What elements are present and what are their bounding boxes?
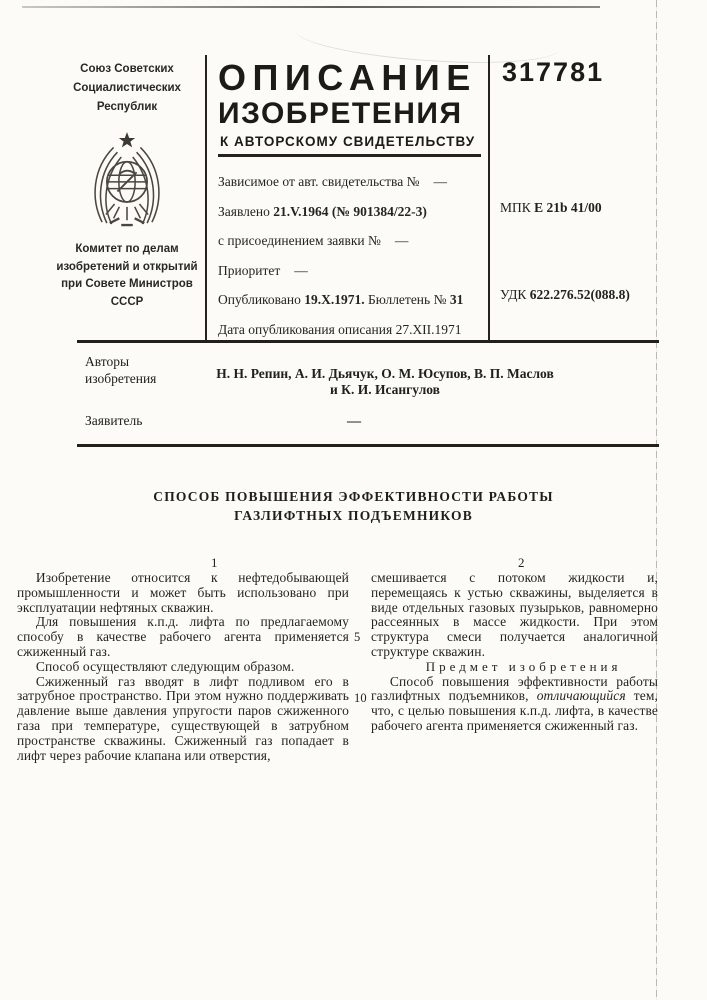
field-value: 21.V.1964 (№ 901384/22-3) [273, 204, 427, 219]
column-number-2: 2 [518, 555, 525, 571]
field-label: Зависимое от авт. свидетельства № [218, 174, 419, 189]
field-row-attachment: с присоединением заявки №— [218, 233, 488, 248]
paragraph: Изобретение относится к нефтедобывающей … [17, 571, 349, 615]
paragraph: Для повышения к.п.д. лифта по предлагаем… [17, 615, 349, 659]
applicant-value: — [347, 414, 361, 430]
authors-names-line2: и К. И. Исангулов [170, 382, 600, 398]
masthead-title-line1: ОПИСАНИЕ [218, 59, 488, 97]
masthead-title-line2: ИЗОБРЕТЕНИЯ [218, 97, 488, 131]
paragraph: Способ осуществляют следующим образом. [17, 660, 349, 675]
committee-name: Комитет по делам изобретений и открытий … [48, 241, 206, 311]
ussr-coat-of-arms-icon [81, 130, 173, 230]
invention-title-line2: ГАЗЛИФТНЫХ ПОДЪЕМНИКОВ [0, 506, 707, 525]
mpk-value: E 21b 41/00 [534, 200, 602, 215]
applicant-label: Заявитель [85, 413, 142, 429]
udk-classification: УДК 622.276.52(088.8) [500, 287, 630, 303]
horizontal-rule [77, 340, 659, 343]
field-row-dependent: Зависимое от авт. свидетельства №— [218, 174, 488, 189]
mpk-classification: МПК E 21b 41/00 [500, 200, 602, 216]
field-value-date: 19.X.1971. [304, 292, 364, 307]
field-row-filed: Заявлено 21.V.1964 (№ 901384/22-3) [218, 204, 488, 219]
bibliographic-fields: Зависимое от авт. свидетельства №— Заявл… [218, 174, 488, 337]
field-value: — [294, 263, 308, 278]
udk-value: 622.276.52(088.8) [530, 287, 630, 302]
body-column-left: Изобретение относится к нефтедобывающей … [17, 571, 349, 763]
field-value: 27.XII.1971 [396, 322, 462, 337]
field-label: Заявлено [218, 204, 270, 219]
field-row-description-date: Дата опубликования описания 27.XII.1971 [218, 322, 488, 337]
field-value-bulletin: 31 [450, 292, 464, 307]
mpk-label: МПК [500, 200, 531, 215]
claims-heading: Предмет изобретения [371, 660, 658, 675]
union-name-line: Республик [48, 98, 206, 117]
field-value-mid: Бюллетень № [368, 292, 447, 307]
scan-artifact-line [22, 6, 600, 8]
body-column-right: 5 10 смешивается с потоком жидкости и, п… [371, 571, 658, 734]
udk-label: УДК [500, 287, 526, 302]
union-name-line: Союз Советских [48, 60, 206, 79]
margin-line-number-5: 5 [354, 630, 360, 645]
authors-label: Авторы изобретения [85, 354, 156, 387]
patent-document-page: Союз Советских Социалистических Республи… [0, 0, 707, 1000]
horizontal-rule [77, 444, 659, 447]
field-row-priority: Приоритет— [218, 263, 488, 278]
field-value: — [395, 233, 409, 248]
masthead-box: ОПИСАНИЕ ИЗОБРЕТЕНИЯ К АВТОРСКОМУ СВИДЕТ… [205, 55, 490, 342]
masthead-subtitle: К АВТОРСКОМУ СВИДЕТЕЛЬСТВУ [218, 131, 481, 157]
field-value: — [433, 174, 447, 189]
claim-text-italic: отличающийся [537, 688, 626, 703]
margin-line-number-10: 10 [354, 691, 367, 706]
field-label: с присоединением заявки № [218, 233, 381, 248]
claim-paragraph: Способ повышения эффективности работы га… [371, 675, 658, 734]
authors-names: Н. Н. Репин, А. И. Дьячук, О. М. Юсупов,… [170, 366, 600, 398]
field-row-published: Опубликовано 19.X.1971. Бюллетень № 31 [218, 292, 488, 307]
paragraph: Сжиженный газ вводят в лифт подливом его… [17, 675, 349, 764]
paragraph: смешивается с потоком жидкости и, переме… [371, 571, 658, 660]
invention-title-line1: СПОСОБ ПОВЫШЕНИЯ ЭФФЕКТИВНОСТИ РАБОТЫ [0, 487, 707, 506]
invention-title: СПОСОБ ПОВЫШЕНИЯ ЭФФЕКТИВНОСТИ РАБОТЫ ГА… [0, 487, 707, 525]
document-number: 317781 [502, 57, 604, 88]
issuer-block: Союз Советских Социалистических Республи… [48, 60, 206, 311]
authors-names-line1: Н. Н. Репин, А. И. Дьячук, О. М. Юсупов,… [170, 366, 600, 382]
union-name-line: Социалистических [48, 79, 206, 98]
column-number-1: 1 [211, 555, 218, 571]
field-label: Приоритет [218, 263, 280, 278]
field-label: Дата опубликования описания [218, 322, 392, 337]
field-label: Опубликовано [218, 292, 301, 307]
